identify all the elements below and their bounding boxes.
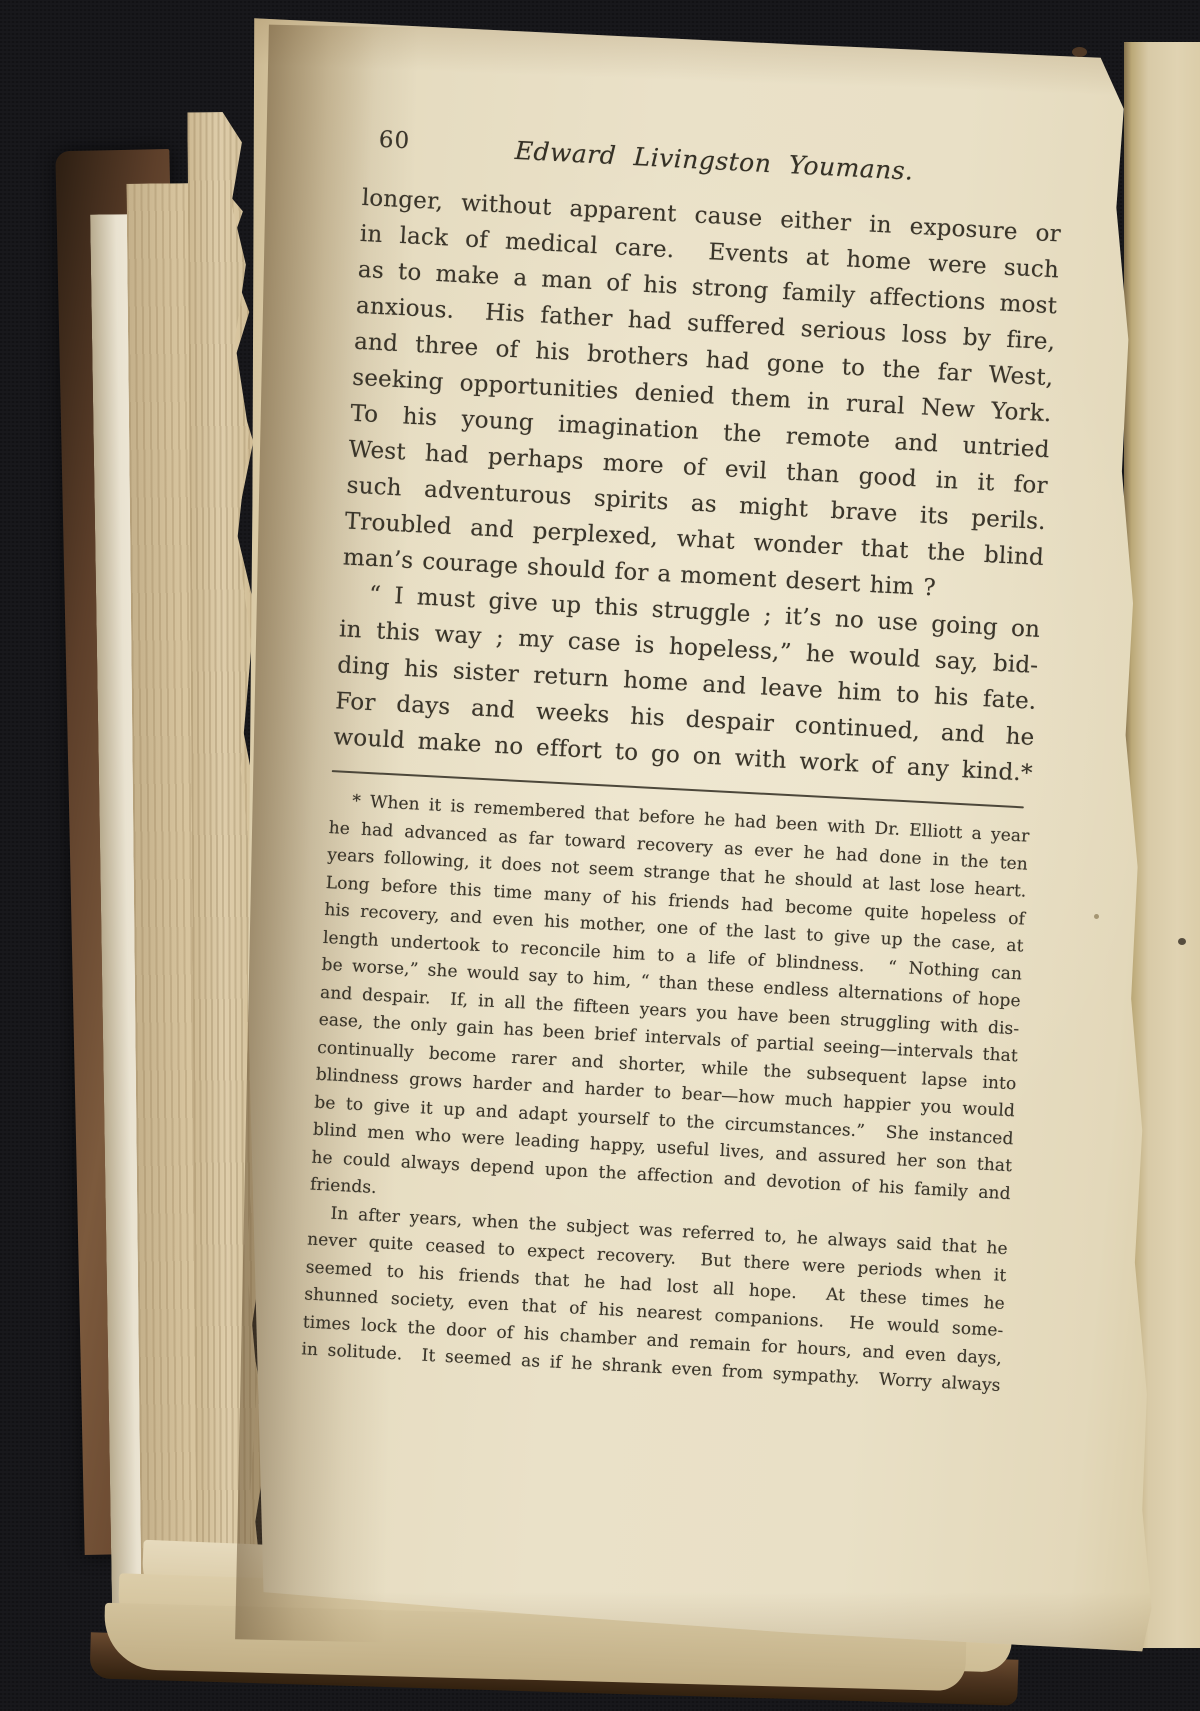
paper-speck (1094, 914, 1099, 919)
footnote-text: * When it is remembered that before he h… (301, 787, 1030, 1400)
paper-speck (1178, 938, 1186, 945)
page-text-block: 60 Edward Livingston Youmans. longer, wi… (301, 118, 1065, 1400)
paper-speck (1072, 47, 1087, 57)
page-number: 60 (378, 127, 411, 155)
body-text: longer, without apparent cause either in… (333, 180, 1062, 792)
photograph-of-open-book: 60 Edward Livingston Youmans. longer, wi… (0, 0, 1200, 1711)
